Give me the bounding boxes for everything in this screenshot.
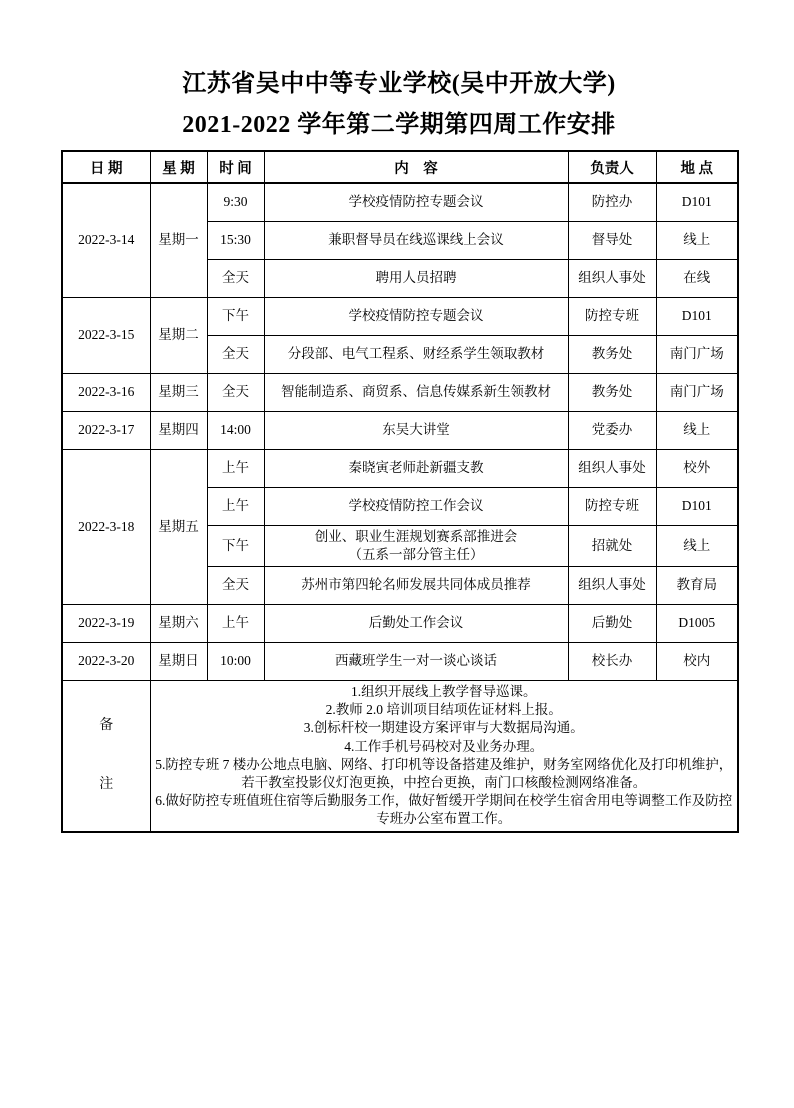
cell-place: 线上 [656,525,738,566]
notes-row: 备注1.组织开展线上教学督导巡课。2.教师 2.0 培训项目结项佐证材料上报。3… [62,680,738,831]
col-header-4: 内 容 [264,151,568,183]
schedule-table: 日 期星 期时 间内 容负责人地 点 2022-3-14星期一9:30学校疫情防… [61,150,739,833]
cell-owner: 防控专班 [568,487,656,525]
cell-place: D101 [656,183,738,221]
cell-weekday: 星期二 [150,297,207,373]
col-header-5: 负责人 [568,151,656,183]
cell-content: 聘用人员招聘 [264,259,568,297]
note-item: 4.工作手机号码校对及业务办理。 [154,738,735,756]
col-header-1: 日 期 [62,151,150,183]
notes-label-char: 备 [66,717,147,736]
cell-content: 学校疫情防控工作会议 [264,487,568,525]
table-row: 2022-3-16星期三全天智能制造系、商贸系、信息传媒系新生领教材教务处南门广… [62,373,738,411]
cell-content: 苏州市第四轮名师发展共同体成员推荐 [264,566,568,604]
cell-weekday: 星期六 [150,604,207,642]
cell-date: 2022-3-16 [62,373,150,411]
note-item: 2.教师 2.0 培训项目结项佐证材料上报。 [154,701,735,719]
cell-content: 分段部、电气工程系、财经系学生领取教材 [264,335,568,373]
cell-time: 全天 [207,335,264,373]
cell-place: 南门广场 [656,373,738,411]
table-header: 日 期星 期时 间内 容负责人地 点 [62,151,738,183]
cell-place: 南门广场 [656,335,738,373]
cell-place: 线上 [656,411,738,449]
cell-place: 线上 [656,221,738,259]
cell-weekday: 星期一 [150,183,207,297]
cell-time: 9:30 [207,183,264,221]
table-row: 2022-3-20星期日10:00西藏班学生一对一谈心谈话校长办校内 [62,642,738,680]
cell-date: 2022-3-18 [62,449,150,604]
cell-weekday: 星期日 [150,642,207,680]
cell-weekday: 星期三 [150,373,207,411]
cell-time: 上午 [207,604,264,642]
cell-content: 创业、职业生涯规划赛系部推进会 （五系一部分管主任） [264,525,568,566]
cell-weekday: 星期五 [150,449,207,604]
page-title: 江苏省吴中中等专业学校(吴中开放大学) [61,72,737,96]
cell-time: 上午 [207,449,264,487]
cell-place: D101 [656,297,738,335]
cell-owner: 组织人事处 [568,566,656,604]
col-header-6: 地 点 [656,151,738,183]
cell-owner: 组织人事处 [568,449,656,487]
cell-content: 西藏班学生一对一谈心谈话 [264,642,568,680]
cell-time: 14:00 [207,411,264,449]
cell-time: 全天 [207,373,264,411]
note-item: 3.创标杆校一期建设方案评审与大数据局沟通。 [154,719,735,737]
cell-owner: 后勤处 [568,604,656,642]
table-row: 2022-3-14星期一9:30学校疫情防控专题会议防控办D101 [62,183,738,221]
header-row: 日 期星 期时 间内 容负责人地 点 [62,151,738,183]
cell-date: 2022-3-19 [62,604,150,642]
cell-place: 校内 [656,642,738,680]
cell-content: 智能制造系、商贸系、信息传媒系新生领教材 [264,373,568,411]
cell-place: 在线 [656,259,738,297]
cell-content: 东吴大讲堂 [264,411,568,449]
cell-content: 学校疫情防控专题会议 [264,183,568,221]
cell-time: 10:00 [207,642,264,680]
cell-date: 2022-3-17 [62,411,150,449]
table-row: 2022-3-19星期六上午后勤处工作会议后勤处D1005 [62,604,738,642]
notes-text-cell: 1.组织开展线上教学督导巡课。2.教师 2.0 培训项目结项佐证材料上报。3.创… [150,680,738,831]
cell-time: 全天 [207,566,264,604]
table-body: 2022-3-14星期一9:30学校疫情防控专题会议防控办D10115:30兼职… [62,183,738,832]
cell-owner: 督导处 [568,221,656,259]
table-row: 2022-3-17星期四14:00东吴大讲堂党委办线上 [62,411,738,449]
page-subtitle: 2021-2022 学年第二学期第四周工作安排 [61,113,737,137]
cell-time: 下午 [207,525,264,566]
note-item: 1.组织开展线上教学督导巡课。 [154,683,735,701]
notes-label-cell: 备注 [62,680,150,831]
cell-content: 后勤处工作会议 [264,604,568,642]
cell-owner: 教务处 [568,373,656,411]
cell-time: 全天 [207,259,264,297]
cell-time: 上午 [207,487,264,525]
cell-owner: 教务处 [568,335,656,373]
cell-weekday: 星期四 [150,411,207,449]
notes-label-char: 注 [66,776,147,795]
note-item: 5.防控专班 7 楼办公地点电脑、网络、打印机等设备搭建及维护，财务室网络优化及… [154,756,735,792]
cell-content: 秦晓寅老师赴新疆支教 [264,449,568,487]
cell-owner: 招就处 [568,525,656,566]
table-row: 2022-3-18星期五上午秦晓寅老师赴新疆支教组织人事处校外 [62,449,738,487]
cell-place: 教育局 [656,566,738,604]
cell-owner: 党委办 [568,411,656,449]
col-header-2: 星 期 [150,151,207,183]
document-page: 江苏省吴中中等专业学校(吴中开放大学) 2021-2022 学年第二学期第四周工… [61,0,737,833]
cell-content: 兼职督导员在线巡课线上会议 [264,221,568,259]
cell-time: 下午 [207,297,264,335]
cell-owner: 校长办 [568,642,656,680]
cell-place: D101 [656,487,738,525]
cell-owner: 防控专班 [568,297,656,335]
cell-owner: 组织人事处 [568,259,656,297]
cell-content: 学校疫情防控专题会议 [264,297,568,335]
cell-date: 2022-3-14 [62,183,150,297]
cell-date: 2022-3-15 [62,297,150,373]
cell-time: 15:30 [207,221,264,259]
col-header-3: 时 间 [207,151,264,183]
table-row: 2022-3-15星期二下午学校疫情防控专题会议防控专班D101 [62,297,738,335]
note-item: 6.做好防控专班值班住宿等后勤服务工作，做好暂缓开学期间在校学生宿舍用电等调整工… [154,792,735,828]
cell-place: D1005 [656,604,738,642]
cell-place: 校外 [656,449,738,487]
cell-owner: 防控办 [568,183,656,221]
cell-date: 2022-3-20 [62,642,150,680]
